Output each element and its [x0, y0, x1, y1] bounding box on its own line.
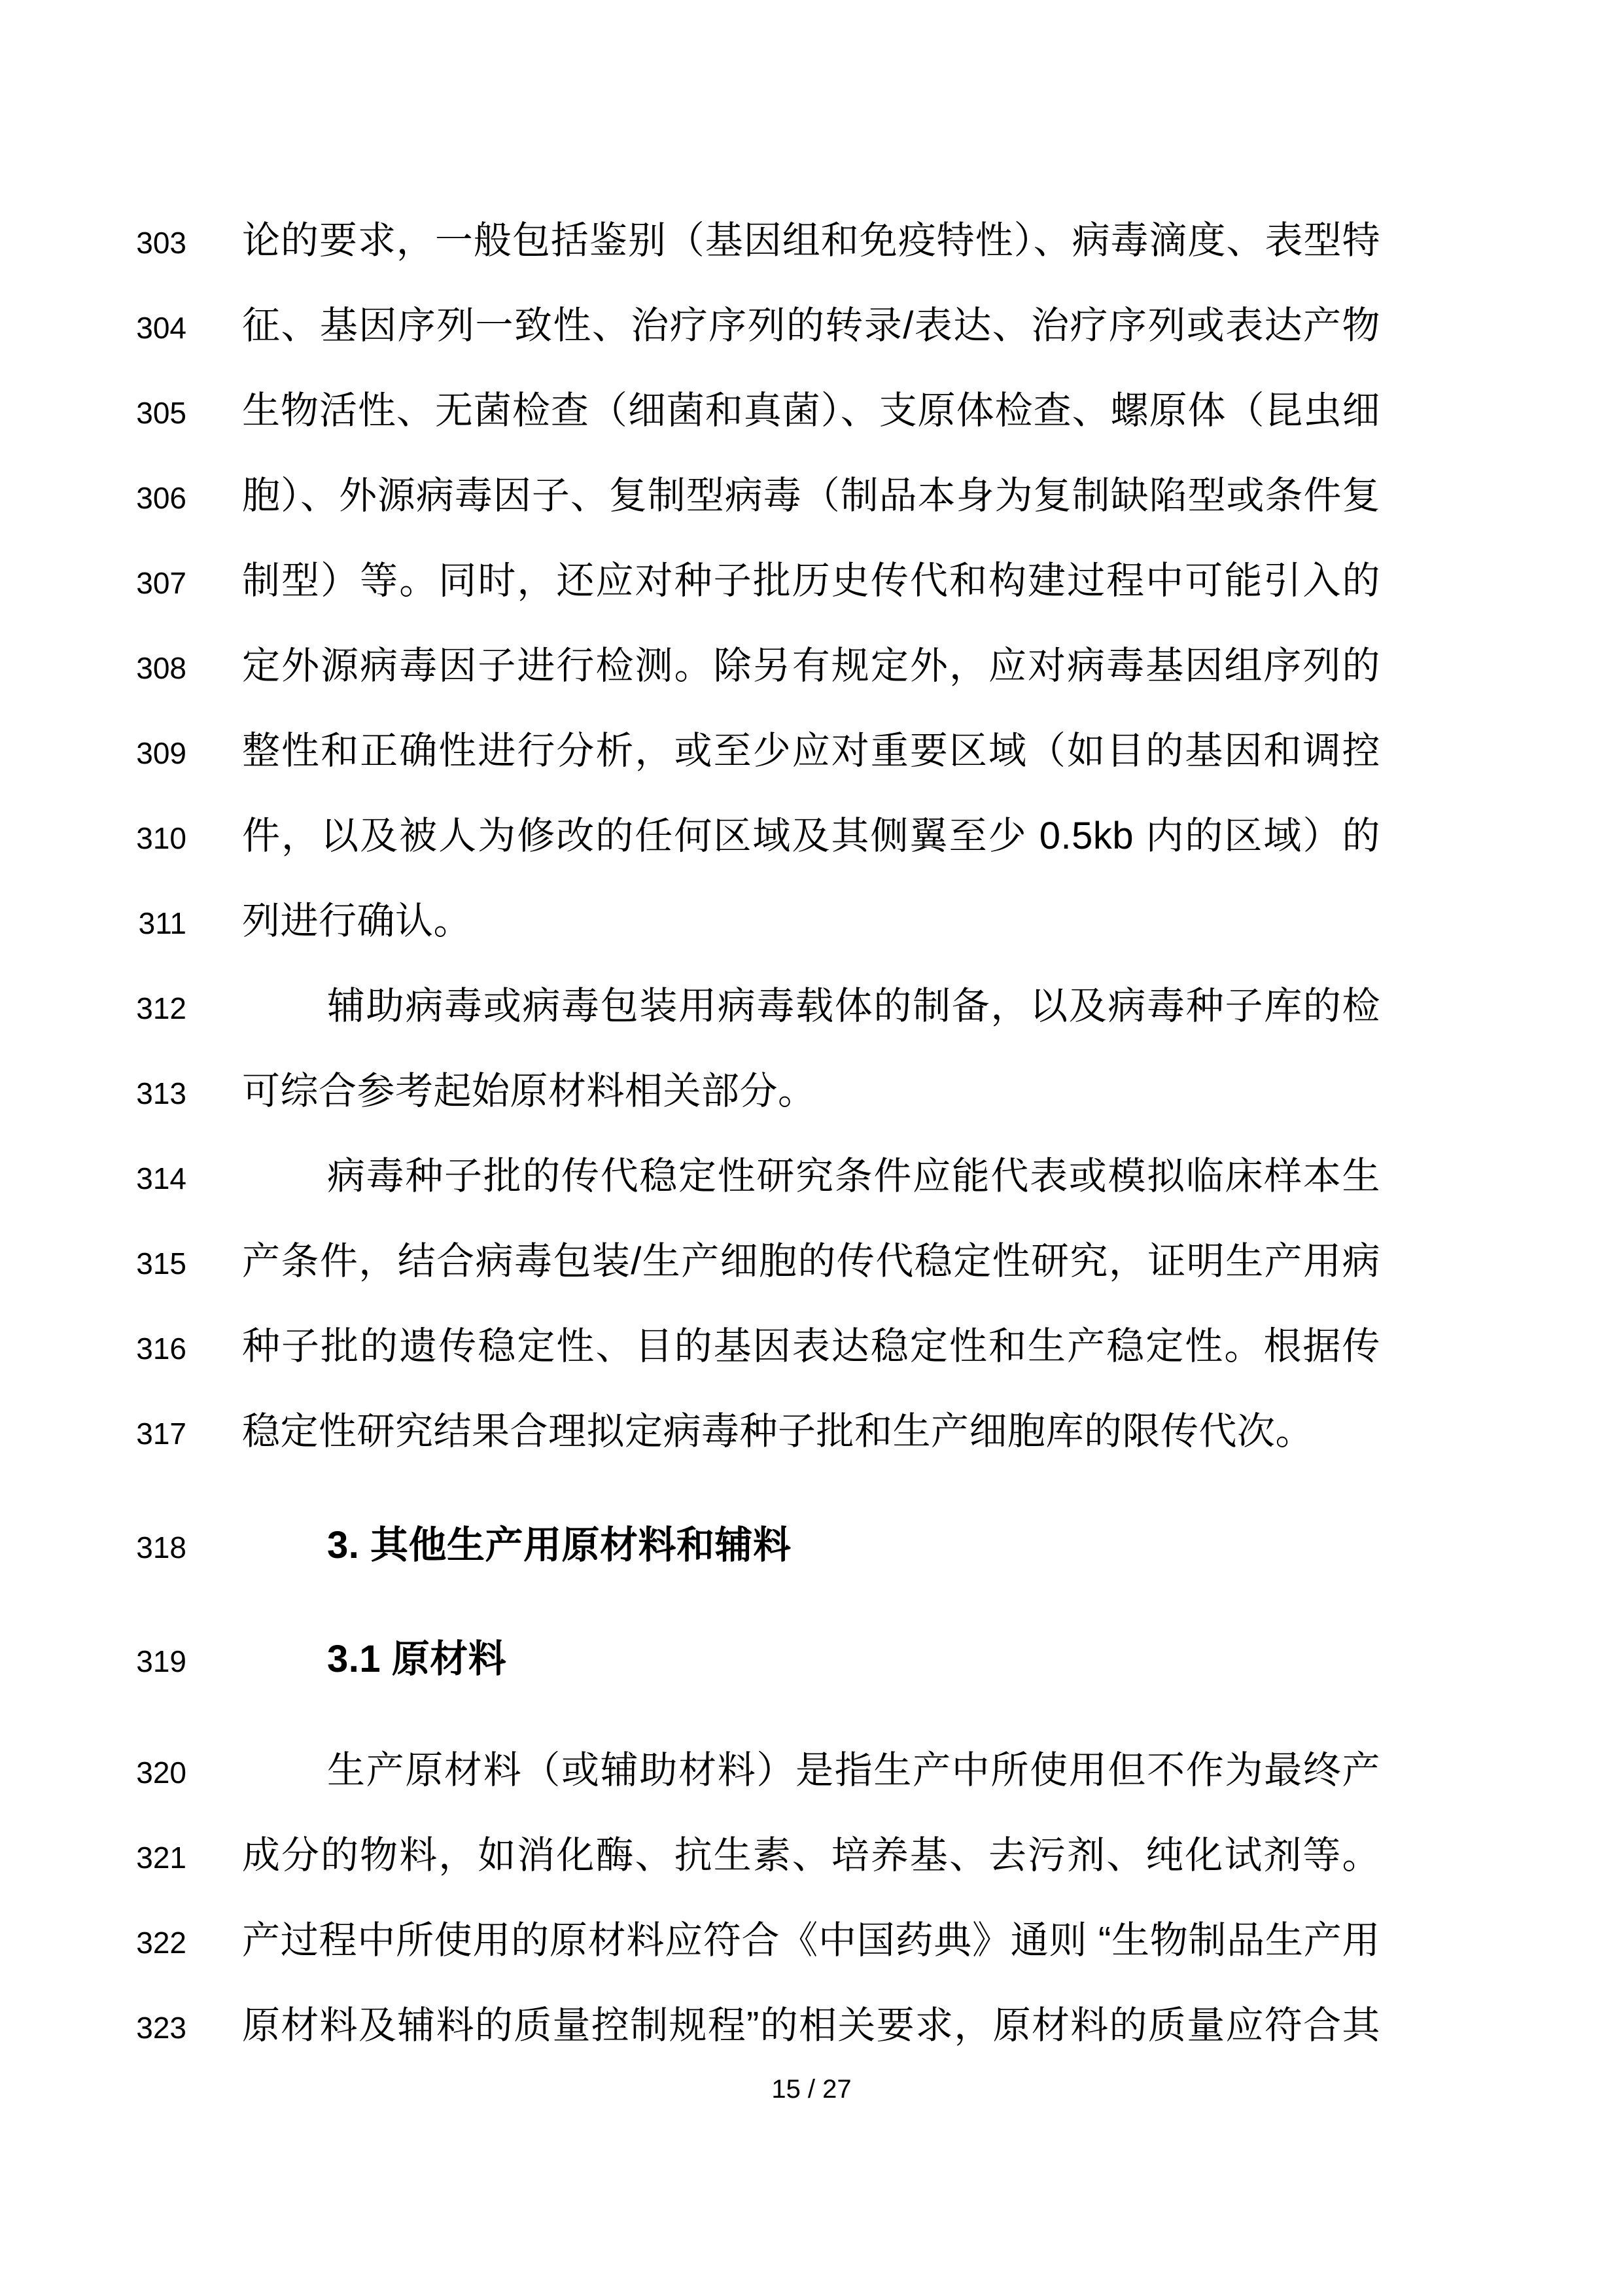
line-number: 317: [59, 1391, 186, 1476]
line-text: 生产原材料（或辅助材料）是指生产中所使用但不作为最终产品: [242, 1728, 1380, 1813]
line-text: 整性和正确性进行分析，或至少应对重要区域（如目的基因和调控元: [242, 709, 1380, 794]
document-line: 321 成分的物料，如消化酶、抗生素、培养基、去污剂、纯化试剂等。生: [0, 1813, 1623, 1898]
document-page: 303 论的要求，一般包括鉴别（基因组和免疫特性）、病毒滴度、表型特 304 征…: [0, 0, 1623, 2296]
line-number: 310: [59, 796, 186, 881]
page-footer: 15 / 27: [0, 2068, 1623, 2110]
line-number: 311: [59, 881, 186, 966]
line-number: 313: [59, 1051, 186, 1136]
line-text: 论的要求，一般包括鉴别（基因组和免疫特性）、病毒滴度、表型特: [242, 198, 1380, 283]
line-number: 314: [59, 1136, 186, 1221]
document-line: 309 整性和正确性进行分析，或至少应对重要区域（如目的基因和调控元: [0, 709, 1623, 794]
document-line: 305 生物活性、无菌检查（细菌和真菌）、支原体检查、螺原体（昆虫细: [0, 368, 1623, 453]
document-line: 314 病毒种子批的传代稳定性研究条件应能代表或模拟临床样本生: [0, 1134, 1623, 1219]
line-text: 产过程中所使用的原材料应符合《中国药典》通则 “生物制品生产用: [242, 1898, 1380, 1983]
line-text: 辅助病毒或病毒包装用病毒载体的制备，以及病毒种子库的检定: [242, 964, 1380, 1049]
line-number: 318: [59, 1505, 186, 1590]
line-number: 322: [59, 1900, 186, 1985]
line-text: 胞）、外源病毒因子、复制型病毒（制品本身为复制缺陷型或条件复: [242, 453, 1380, 539]
section-heading: 3. 其他生产用原材料和辅料: [242, 1503, 1380, 1588]
line-text: 制型）等。同时，还应对种子批历史传代和构建过程中可能引入的特: [242, 539, 1380, 624]
document-line: 322 产过程中所使用的原材料应符合《中国药典》通则 “生物制品生产用: [0, 1898, 1623, 1983]
line-number: 316: [59, 1306, 186, 1391]
line-text: 产条件，结合病毒包装/生产细胞的传代稳定性研究，证明生产用病毒: [242, 1219, 1380, 1304]
document-line: 303 论的要求，一般包括鉴别（基因组和免疫特性）、病毒滴度、表型特: [0, 198, 1623, 283]
line-text: 定外源病毒因子进行检测。除另有规定外，应对病毒基因组序列的完: [242, 624, 1380, 709]
line-text: 列进行确认。: [242, 879, 1380, 964]
line-text: 稳定性研究结果合理拟定病毒种子批和生产细胞库的限传代次。: [242, 1389, 1380, 1474]
page-number: 15 / 27: [771, 2075, 851, 2104]
document-line: 304 征、基因序列一致性、治疗序列的转录/表达、治疗序列或表达产物的: [0, 283, 1623, 368]
document-line: 315 产条件，结合病毒包装/生产细胞的传代稳定性研究，证明生产用病毒: [0, 1219, 1623, 1304]
line-text: 种子批的遗传稳定性、目的基因表达稳定性和生产稳定性。根据传代: [242, 1304, 1380, 1389]
document-line: 312 辅助病毒或病毒包装用病毒载体的制备，以及病毒种子库的检定: [0, 964, 1623, 1049]
document-line: 307 制型）等。同时，还应对种子批历史传代和构建过程中可能引入的特: [0, 539, 1623, 624]
line-text: 病毒种子批的传代稳定性研究条件应能代表或模拟临床样本生: [242, 1134, 1380, 1219]
document-line: 308 定外源病毒因子进行检测。除另有规定外，应对病毒基因组序列的完: [0, 624, 1623, 709]
line-number: 304: [59, 285, 186, 370]
line-number: 303: [59, 200, 186, 285]
line-number: 321: [59, 1815, 186, 1900]
line-number: 320: [59, 1730, 186, 1815]
line-number: 319: [59, 1619, 186, 1704]
line-text: 件，以及被人为修改的任何区域及其侧翼至少 0.5kb 内的区域）的序: [242, 794, 1380, 879]
document-line: 320 生产原材料（或辅助材料）是指生产中所使用但不作为最终产品: [0, 1728, 1623, 1813]
section-heading: 3.1 原材料: [242, 1617, 1380, 1702]
document-line: 311 列进行确认。: [0, 879, 1623, 964]
line-number: 305: [59, 370, 186, 455]
document-line: 313 可综合参考起始原材料相关部分。: [0, 1049, 1623, 1134]
line-text: 成分的物料，如消化酶、抗生素、培养基、去污剂、纯化试剂等。生: [242, 1813, 1380, 1898]
line-text: 原材料及辅料的质量控制规程”的相关要求，原材料的质量应符合其: [242, 1983, 1380, 2068]
document-line: 306 胞）、外源病毒因子、复制型病毒（制品本身为复制缺陷型或条件复: [0, 453, 1623, 539]
line-number: 309: [59, 711, 186, 796]
line-text: 可综合参考起始原材料相关部分。: [242, 1049, 1380, 1134]
document-line: 316 种子批的遗传稳定性、目的基因表达稳定性和生产稳定性。根据传代: [0, 1304, 1623, 1389]
line-number: 306: [59, 455, 186, 540]
line-number: 315: [59, 1221, 186, 1306]
line-number: 312: [59, 966, 186, 1051]
document-line: 310 件，以及被人为修改的任何区域及其侧翼至少 0.5kb 内的区域）的序: [0, 794, 1623, 879]
document-line: 319 3.1 原材料: [0, 1617, 1623, 1702]
document-line: 323 原材料及辅料的质量控制规程”的相关要求，原材料的质量应符合其: [0, 1983, 1623, 2068]
document-line: 317 稳定性研究结果合理拟定病毒种子批和生产细胞库的限传代次。: [0, 1389, 1623, 1474]
line-text: 生物活性、无菌检查（细菌和真菌）、支原体检查、螺原体（昆虫细: [242, 368, 1380, 453]
line-text: 征、基因序列一致性、治疗序列的转录/表达、治疗序列或表达产物的: [242, 283, 1380, 368]
line-number: 323: [59, 1985, 186, 2070]
document-line: 318 3. 其他生产用原材料和辅料: [0, 1503, 1623, 1588]
line-number: 308: [59, 626, 186, 711]
line-number: 307: [59, 540, 186, 626]
